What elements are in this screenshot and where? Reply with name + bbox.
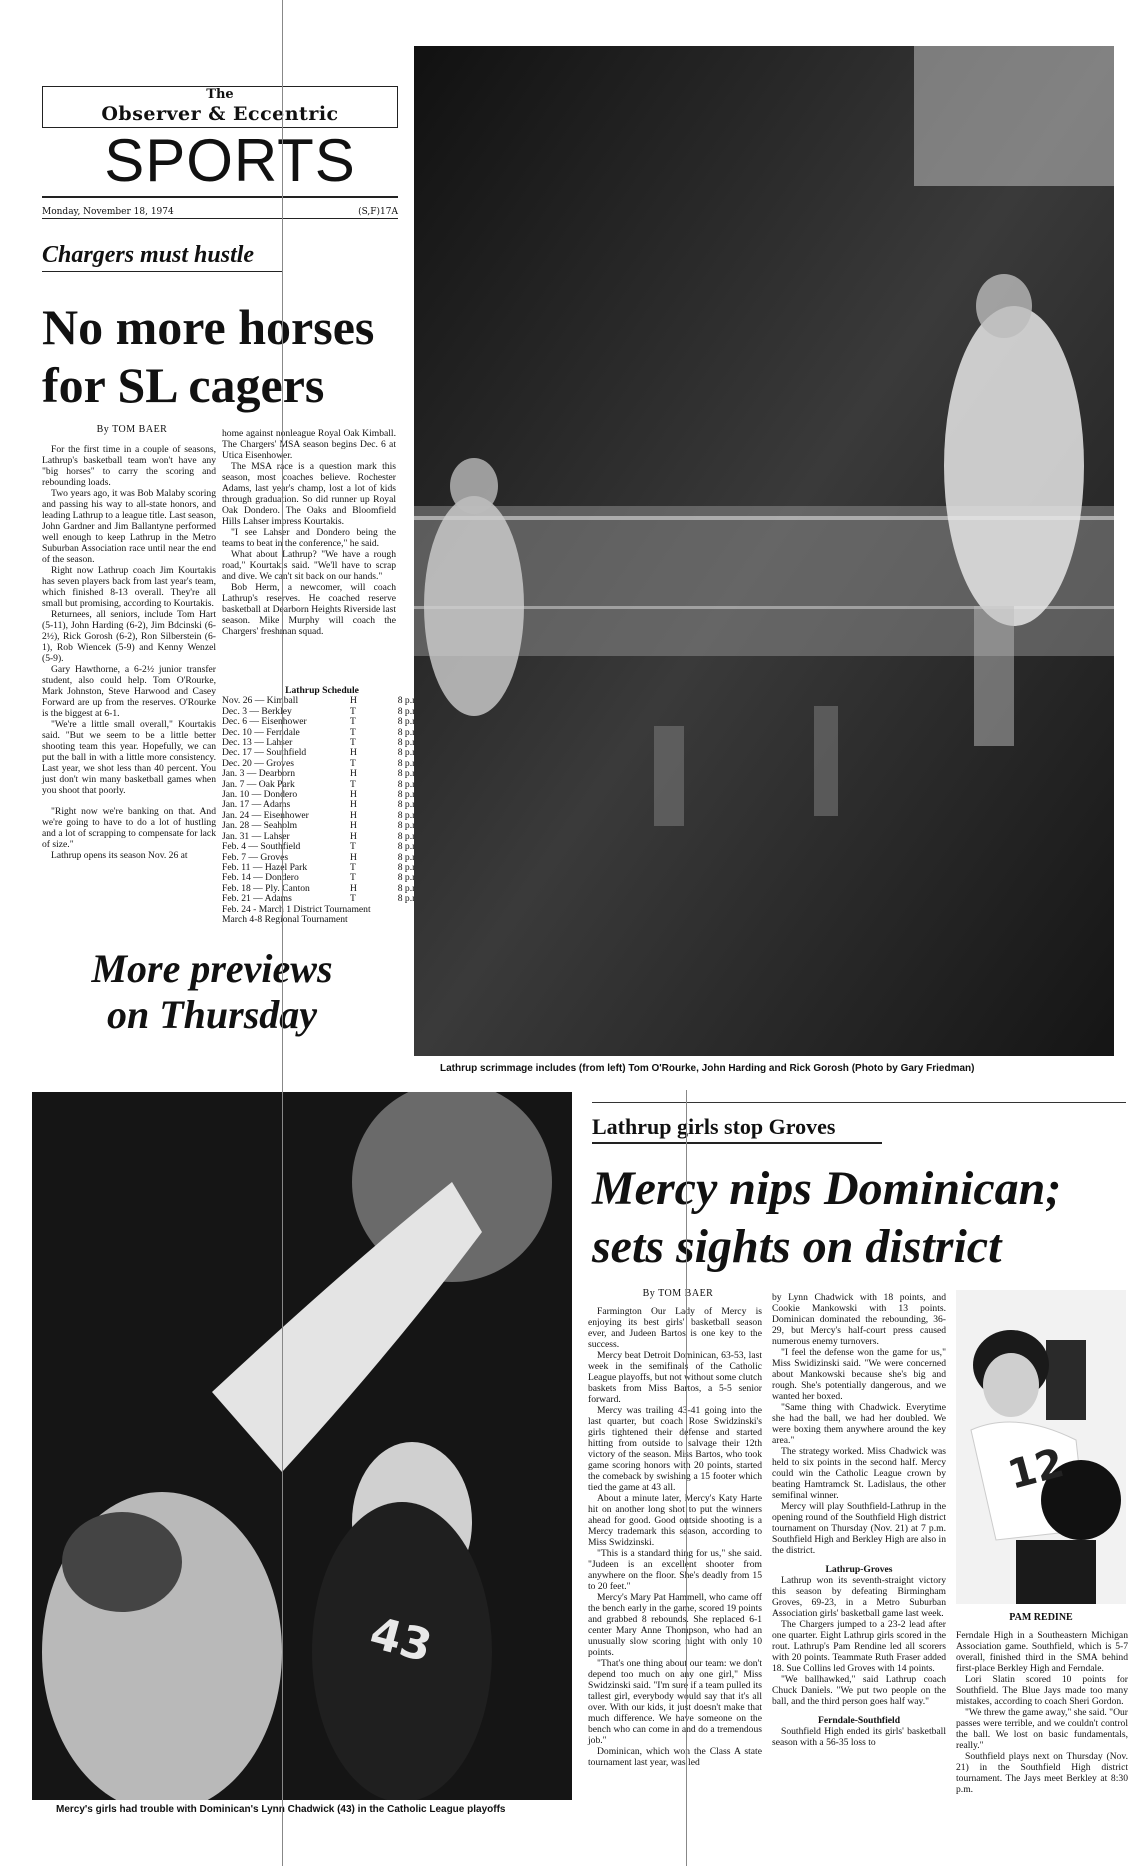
- story2-headline-line1: Mercy nips Dominican;: [592, 1160, 1132, 1218]
- photo-pam-redine: 12: [956, 1290, 1126, 1604]
- paragraph: "I see Lahser and Dondero being the team…: [222, 527, 396, 549]
- paragraph: Lathrup won its seventh-straight victory…: [772, 1575, 946, 1619]
- story2-column-1: Farmington Our Lady of Mercy is enjoying…: [588, 1306, 762, 1768]
- paragraph: The strategy worked. Miss Chadwick was h…: [772, 1446, 946, 1501]
- paragraph: "Same thing with Chadwick. Everytime she…: [772, 1402, 946, 1446]
- paragraph: Mercy's Mary Pat Hammell, who came off t…: [588, 1592, 762, 1658]
- paragraph: "We're a little small overall," Kourtaki…: [42, 719, 216, 796]
- paragraph: Gary Hawthorne, a 6-2½ junior transfer s…: [42, 664, 216, 719]
- story1-headline-line1: No more horses: [42, 298, 422, 356]
- photo-mercy-vs-dominican: 43: [32, 1092, 572, 1800]
- schedule-row: Feb. 4 — SouthfieldT8 p.m.: [222, 842, 422, 852]
- section-title: SPORTS: [80, 128, 380, 194]
- paragraph: Mercy beat Detroit Dominican, 63-53, las…: [588, 1350, 762, 1405]
- paragraph: Dominican, which won the Class A state t…: [588, 1746, 762, 1768]
- story2-headline: Mercy nips Dominican; sets sights on dis…: [592, 1160, 1132, 1276]
- paragraph: Lathrup opens its season Nov. 26 at: [42, 850, 216, 861]
- paragraph: Southfield plays next on Thursday (Nov. …: [956, 1751, 1128, 1795]
- paragraph: For the first time in a couple of season…: [42, 444, 216, 488]
- paragraph: home against nonleague Royal Oak Kimball…: [222, 428, 396, 461]
- story1-headline-line2: for SL cagers: [42, 356, 422, 414]
- lathrup-schedule: Lathrup Schedule Nov. 26 — KimballH8 p.m…: [222, 686, 422, 925]
- photo3-cutline: PAM REDINE: [956, 1612, 1126, 1623]
- photo2-caption: Mercy's girls had trouble with Dominican…: [56, 1804, 576, 1815]
- issue-date: Monday, November 18, 1974: [42, 207, 174, 217]
- basketball-game-image: 43: [32, 1092, 572, 1800]
- masthead-rule: [42, 196, 398, 198]
- promo-line2: on Thursday: [62, 992, 362, 1038]
- schedule-footer: March 4-8 Regional Tournament: [222, 915, 422, 925]
- story2-top-rule: [592, 1102, 1126, 1103]
- subhead-lathrup-groves: Lathrup-Groves: [772, 1564, 946, 1575]
- masthead-the: The: [43, 87, 397, 102]
- paragraph: Returnees, all seniors, include Tom Hart…: [42, 609, 216, 664]
- promo-more-previews: More previews on Thursday: [62, 946, 362, 1038]
- schedule-row: Feb. 21 — AdamsT8 p.m.: [222, 894, 422, 904]
- paragraph: What about Lathrup? "We have a rough roa…: [222, 549, 396, 582]
- scan-fold-line: [282, 0, 283, 1866]
- paragraph: "That's one thing about our team: we don…: [588, 1658, 762, 1746]
- paragraph: "Right now we're banking on that. And we…: [42, 806, 216, 850]
- paragraph: Mercy will play Southfield-Lathrup in th…: [772, 1501, 946, 1556]
- story2-column-2: by Lynn Chadwick with 18 points, and Coo…: [772, 1292, 946, 1748]
- paragraph: "We threw the game away," she said. "Our…: [956, 1707, 1128, 1751]
- paragraph: Farmington Our Lady of Mercy is enjoying…: [588, 1306, 762, 1350]
- story1-column-2: home against nonleague Royal Oak Kimball…: [222, 428, 396, 637]
- paragraph: "We ballhawked," said Lathrup coach Chuc…: [772, 1674, 946, 1707]
- basketball-scrimmage-image: [414, 46, 1114, 1056]
- scan-fold-line: [686, 1090, 687, 1866]
- paragraph: by Lynn Chadwick with 18 points, and Coo…: [772, 1292, 946, 1347]
- dateline: Monday, November 18, 1974 (S,F)17A: [42, 207, 398, 219]
- story1-column-1: For the first time in a couple of season…: [42, 444, 216, 861]
- masthead-box: The Observer & Eccentric: [42, 86, 398, 128]
- paragraph: The Chargers jumped to a 23-2 lead after…: [772, 1619, 946, 1674]
- story2-headline-line2: sets sights on district: [592, 1218, 1132, 1276]
- story2-column-3: Ferndale High in a Southeastern Michigan…: [956, 1630, 1128, 1795]
- paragraph: Southfield High ended its girls' basketb…: [772, 1726, 946, 1748]
- photo-lathrup-scrimmage: [414, 46, 1114, 1056]
- paragraph: Right now Lathrup coach Jim Kourtakis ha…: [42, 565, 216, 609]
- paragraph: "This is a standard thing for us," she s…: [588, 1548, 762, 1592]
- paragraph: "I feel the defense won the game for us,…: [772, 1347, 946, 1402]
- story1-headline: No more horses for SL cagers: [42, 298, 422, 414]
- story1-kicker: Chargers must hustle: [42, 242, 282, 272]
- player-portrait-image: 12: [956, 1290, 1126, 1604]
- paragraph: Mercy was trailing 43-41 going into the …: [588, 1405, 762, 1493]
- page-number: (S,F)17A: [358, 207, 398, 217]
- paragraph: Lori Slatin scored 10 points for Southfi…: [956, 1674, 1128, 1707]
- newspaper-name: Observer & Eccentric: [43, 103, 397, 125]
- paragraph: Bob Herm, a newcomer, will coach Lathrup…: [222, 582, 396, 637]
- paragraph: Ferndale High in a Southeastern Michigan…: [956, 1630, 1128, 1674]
- paragraph: Two years ago, it was Bob Malaby scoring…: [42, 488, 216, 565]
- story2-kicker: Lathrup girls stop Groves: [592, 1114, 882, 1144]
- subhead-ferndale-southfield: Ferndale-Southfield: [772, 1715, 946, 1726]
- story2-byline: By TOM BAER: [588, 1288, 768, 1299]
- paragraph: About a minute later, Mercy's Katy Harte…: [588, 1493, 762, 1548]
- photo1-caption: Lathrup scrimmage includes (from left) T…: [440, 1063, 1120, 1074]
- paragraph: The MSA race is a question mark this sea…: [222, 461, 396, 527]
- promo-line1: More previews: [62, 946, 362, 992]
- story1-byline: By TOM BAER: [42, 424, 222, 435]
